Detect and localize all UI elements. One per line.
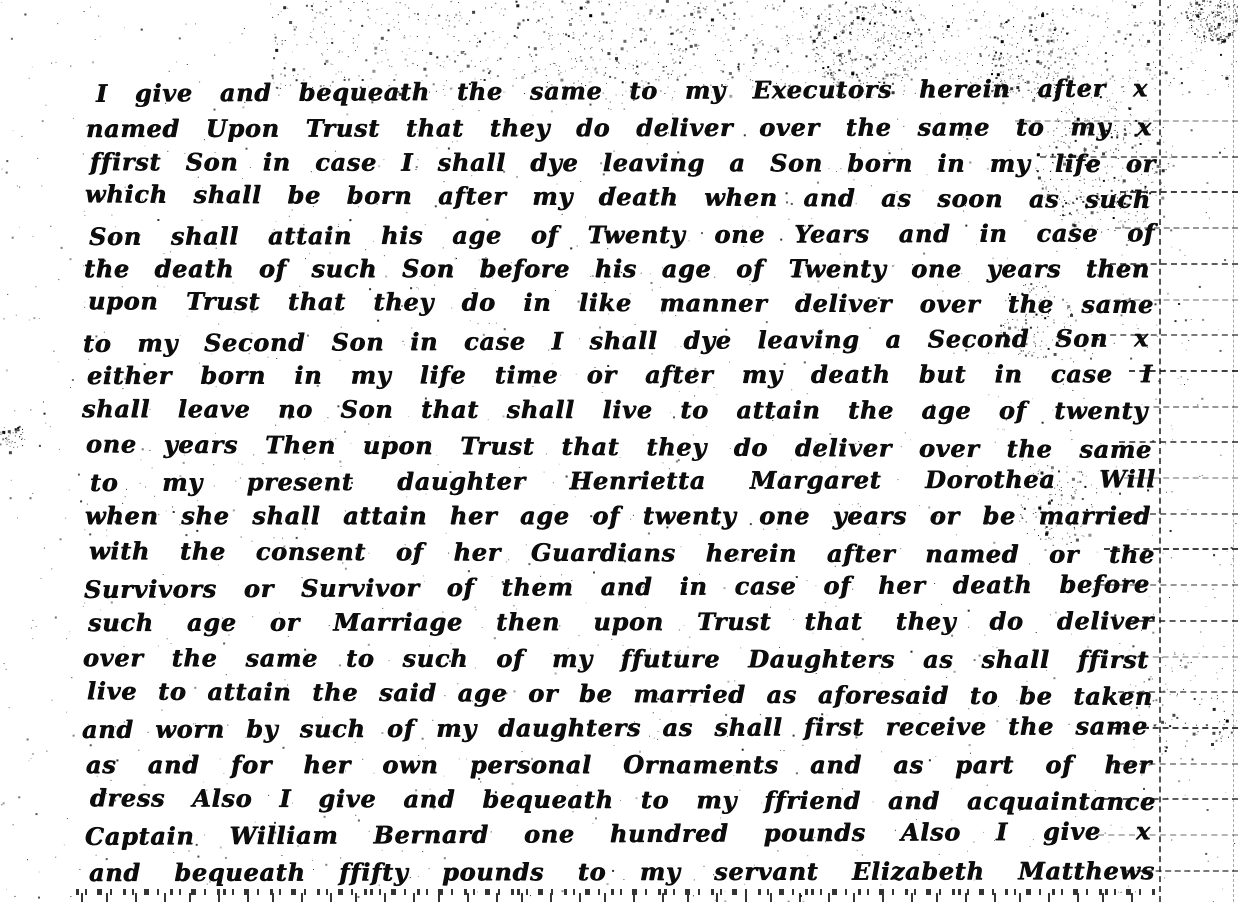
manuscript-line: live to attain the said age or be marrie… xyxy=(87,673,1153,714)
manuscript-line: named Upon Trust that they do deliver ov… xyxy=(86,109,1152,146)
manuscript-line: over the same to such of my ffuture Daug… xyxy=(83,640,1149,677)
ledger-vertical-rule xyxy=(1159,0,1161,902)
manuscript-text: I give and bequeath the same to my Execu… xyxy=(86,74,1152,888)
clipped-bottom-line xyxy=(76,889,1156,902)
manuscript-line: shall leave no Son that shall live to at… xyxy=(82,391,1148,428)
manuscript-line: the death of such Son before his age of … xyxy=(84,251,1150,286)
manuscript-line: Captain William Bernard one hundred poun… xyxy=(85,813,1151,854)
manuscript-line: ffirst Son in case I shall dye leaving a… xyxy=(90,144,1156,181)
manuscript-line: Survivors or Survivor of them and in cas… xyxy=(84,567,1150,608)
manuscript-line: and worn by such of my daughters as shal… xyxy=(82,708,1148,747)
manuscript-line: either born in my life time or after my … xyxy=(87,356,1153,393)
manuscript-page: I give and bequeath the same to my Execu… xyxy=(0,0,1238,902)
manuscript-line: and bequeath ffifty pounds to my servant… xyxy=(89,853,1155,890)
manuscript-line: such age or Marriage then upon Trust tha… xyxy=(88,603,1154,640)
manuscript-line: I give and bequeath the same to my Execu… xyxy=(82,70,1148,111)
manuscript-line: when she shall attain her age of twenty … xyxy=(85,498,1151,533)
manuscript-line: to my present daughter Henrietta Margare… xyxy=(90,461,1156,500)
manuscript-line: which shall be born after my death when … xyxy=(85,176,1151,217)
manuscript-line: to my Second Son in case I shall dye lea… xyxy=(83,320,1149,361)
manuscript-line: as and for her own personal Ornaments an… xyxy=(86,747,1152,782)
manuscript-line: upon Trust that they do in like manner d… xyxy=(88,283,1154,322)
manuscript-line: Son shall attain his age of Twenty one Y… xyxy=(89,215,1155,254)
ledger-vertical-rule-faint xyxy=(1233,0,1234,902)
